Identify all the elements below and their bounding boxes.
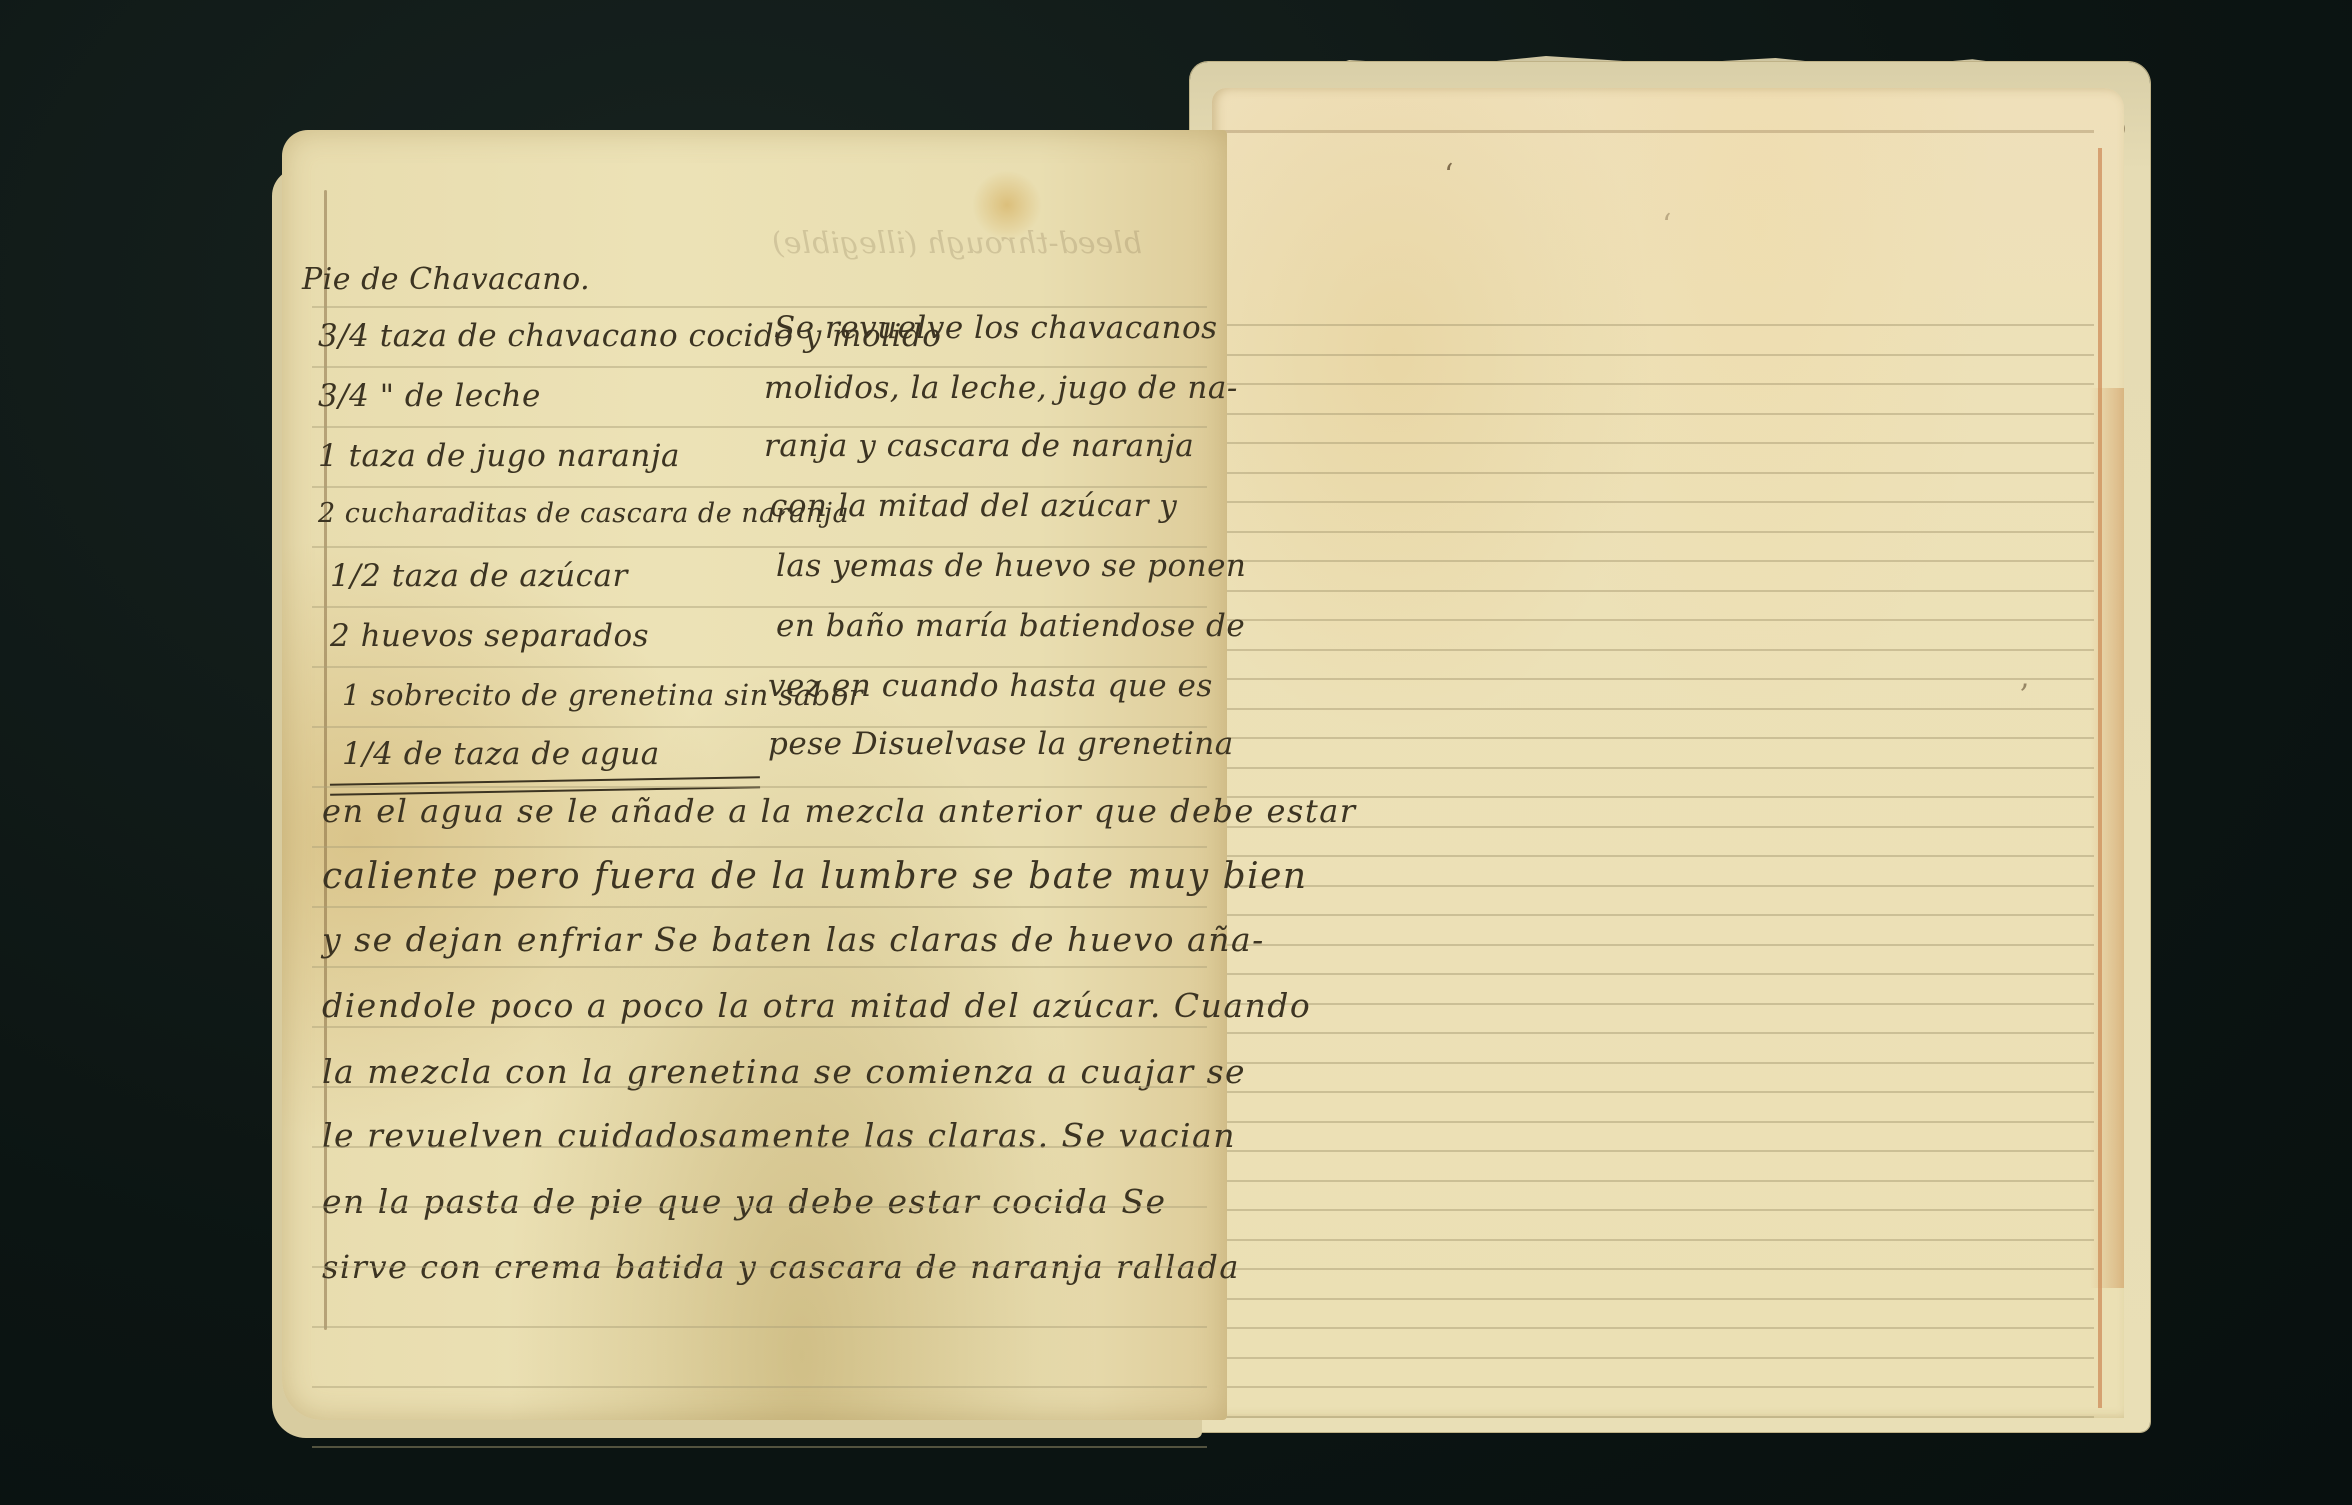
ruled-line bbox=[1222, 1268, 2094, 1270]
left-page-recipe: bleed-through (illegible) Pie de Chavaca… bbox=[282, 130, 1227, 1420]
ruled-line bbox=[1222, 442, 2094, 444]
instruction-line-4: con la mitad del azúcar y bbox=[770, 488, 1177, 524]
ink-stain-mark: ‘ bbox=[1662, 208, 1672, 243]
ruled-line bbox=[1222, 324, 2094, 326]
ruled-line bbox=[312, 666, 1207, 668]
instruction-line-7: vez en cuando hasta que es bbox=[768, 668, 1213, 704]
ruled-line bbox=[312, 426, 1207, 428]
ruled-line bbox=[312, 1086, 1207, 1088]
ruled-line bbox=[1222, 855, 2094, 857]
ruled-line bbox=[312, 1206, 1207, 1208]
ruled-line bbox=[312, 606, 1207, 608]
ruled-line bbox=[312, 1326, 1207, 1328]
bleed-through-text: bleed-through (illegible) bbox=[772, 226, 1142, 261]
ruled-line bbox=[1222, 1327, 2094, 1329]
right-page-top-border bbox=[1222, 130, 2094, 133]
ruled-line bbox=[1222, 1209, 2094, 1211]
ruled-line bbox=[1222, 383, 2094, 385]
ruled-line bbox=[312, 1266, 1207, 1268]
right-page-blank: ‘ ‘ , bbox=[1212, 88, 2124, 1418]
ruled-line bbox=[312, 906, 1207, 908]
recipe-title: Pie de Chavacano. bbox=[302, 262, 590, 297]
ruled-line bbox=[312, 786, 1207, 788]
paragraph-line-1: en el agua se le añade a la mezcla anter… bbox=[322, 792, 1357, 830]
ruled-line bbox=[1222, 737, 2094, 739]
paragraph-line-4: diendole poco a poco la otra mitad del a… bbox=[322, 986, 1311, 1025]
ruled-line bbox=[312, 1146, 1207, 1148]
instruction-line-8: pese Disuelvase la grenetina bbox=[768, 726, 1234, 762]
ruled-line bbox=[1222, 501, 2094, 503]
ruled-line bbox=[1222, 531, 2094, 533]
ruled-line bbox=[1222, 1150, 2094, 1152]
ruled-line bbox=[1222, 649, 2094, 651]
ruled-line bbox=[312, 546, 1207, 548]
ruled-line bbox=[1222, 354, 2094, 356]
ruled-line bbox=[1222, 973, 2094, 975]
ruled-line bbox=[1222, 413, 2094, 415]
ingredient-5: 1/2 taza de azúcar bbox=[330, 558, 628, 594]
ruled-line bbox=[1222, 1386, 2094, 1388]
ruled-line bbox=[1222, 678, 2094, 680]
ruled-line bbox=[312, 1386, 1207, 1388]
ruled-line bbox=[1222, 619, 2094, 621]
ruled-line bbox=[1222, 1416, 2094, 1418]
ingredient-2: 3/4 " de leche bbox=[318, 378, 541, 414]
instruction-line-5: las yemas de huevo se ponen bbox=[776, 548, 1246, 584]
ruled-line bbox=[312, 846, 1207, 848]
ruled-line bbox=[1222, 767, 2094, 769]
ruled-line bbox=[312, 306, 1207, 308]
ruled-line bbox=[1222, 1298, 2094, 1300]
ruled-line bbox=[312, 1446, 1207, 1448]
ruled-line bbox=[312, 726, 1207, 728]
paragraph-line-2: caliente pero fuera de la lumbre se bate… bbox=[322, 856, 1308, 897]
notebook-scan: 10 ‘ ‘ , bleed-through (illegible) Pie d… bbox=[0, 0, 2352, 1505]
ingredient-3: 1 taza de jugo naranja bbox=[318, 438, 680, 474]
instruction-line-3: ranja y cascara de naranja bbox=[764, 428, 1194, 464]
left-margin-line bbox=[324, 190, 327, 1330]
ink-blot-mark: ‘ bbox=[1444, 158, 1454, 193]
ruled-line bbox=[1222, 1091, 2094, 1093]
ruled-line bbox=[1222, 1003, 2094, 1005]
ruled-line bbox=[312, 1026, 1207, 1028]
ruled-line bbox=[312, 366, 1207, 368]
ruled-line bbox=[312, 486, 1207, 488]
ruled-line bbox=[1222, 1032, 2094, 1034]
ruled-line bbox=[1222, 944, 2094, 946]
ruled-line bbox=[1222, 1357, 2094, 1359]
ruled-line bbox=[1222, 472, 2094, 474]
paragraph-line-3: y se dejan enfriar Se baten las claras d… bbox=[322, 920, 1265, 959]
ruled-line bbox=[1222, 1121, 2094, 1123]
instruction-line-1: Se revuelve los chavacanos bbox=[774, 310, 1218, 346]
ruled-line bbox=[1222, 560, 2094, 562]
ruled-line bbox=[1222, 1180, 2094, 1182]
edge-stain bbox=[2090, 388, 2124, 1288]
ingredient-6: 2 huevos separados bbox=[330, 618, 649, 654]
ruled-line bbox=[1222, 1239, 2094, 1241]
ruled-line bbox=[1222, 708, 2094, 710]
paragraph-line-6: le revuelven cuidadosamente las claras. … bbox=[322, 1116, 1236, 1155]
paragraph-line-7: en la pasta de pie que ya debe estar coc… bbox=[322, 1182, 1166, 1221]
ruled-line bbox=[1222, 885, 2094, 887]
instruction-line-6: en baño maría batiendose de bbox=[776, 608, 1245, 644]
ruled-line bbox=[312, 966, 1207, 968]
ingredient-8: 1/4 de taza de agua bbox=[342, 736, 660, 772]
ruled-line bbox=[1222, 1062, 2094, 1064]
instruction-line-2: molidos, la leche, jugo de na- bbox=[764, 370, 1238, 406]
ruled-line bbox=[1222, 590, 2094, 592]
ruled-line bbox=[1222, 914, 2094, 916]
